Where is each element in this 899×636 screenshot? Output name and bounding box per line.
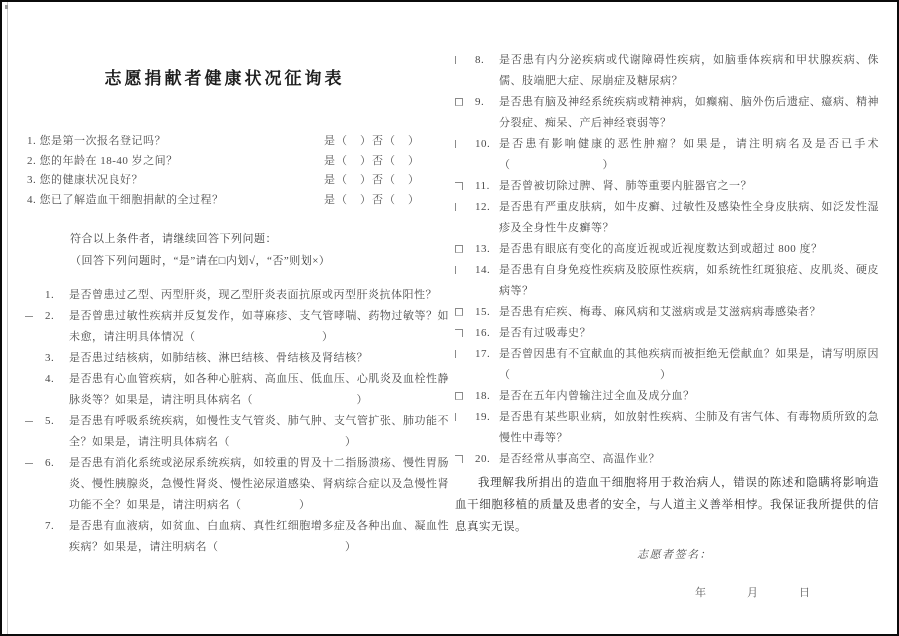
question-text: 是否患有血液病，如贫血、白血病、真性红细胞增多症及各种出血、凝血性疾病？如果是，… — [69, 516, 449, 558]
instruction-line: （回答下列问题时，“是”请在□内划√，“否”则划×） — [70, 250, 450, 272]
date-line: 年 月 日 — [695, 584, 879, 600]
question-number: 7. — [45, 516, 69, 558]
question-number: 17. — [475, 344, 499, 386]
question-number: 1. — [45, 285, 69, 306]
pre-questions: 1. 您是第一次报名登记吗？ 是（ ）否（ ） 2. 您的年龄在 18-40 岁… — [27, 132, 427, 210]
question-text: 是否患有内分泌疾病或代谢障碍性疾病，如脑垂体疾病和甲状腺疾病、侏儒、肢端肥大症、… — [499, 50, 879, 92]
question-number: 3. — [45, 348, 69, 369]
question-item: 11. 是否曾被切除过脾、肾、肺等重要内脏器官之一？ — [455, 176, 879, 197]
checkbox-mark — [455, 392, 463, 400]
checkbox-mark — [455, 56, 463, 64]
question-item: 6. 是否患有消化系统或泌尿系统疾病，如较重的胃及十二指肠溃疡、慢性胃肠炎、慢性… — [25, 453, 449, 516]
question-number: 18. — [475, 386, 499, 407]
checkbox-mark — [25, 417, 33, 422]
question-text: 是否患有呼吸系统疾病，如慢性支气管炎、肺气肿、支气管扩张、肺功能不全？如果是，请… — [69, 411, 449, 453]
checkbox-mark — [25, 312, 33, 317]
pre-question-text: 4. 您已了解造血干细胞捐献的全过程？ — [27, 194, 224, 206]
question-item: 10. 是否患有影响健康的恶性肿瘤？如果是，请注明病名及是否已手术（ ） — [455, 134, 879, 176]
question-text: 是否患有消化系统或泌尿系统疾病，如较重的胃及十二指肠溃疡、慢性胃肠炎、慢性胰腺炎… — [69, 453, 449, 516]
instructions: 符合以上条件者，请继续回答下列问题： （回答下列问题时，“是”请在□内划√，“否… — [70, 228, 450, 272]
question-text: 是否患有疟疾、梅毒、麻风病和艾滋病或是艾滋病病毒感染者？ — [499, 302, 879, 323]
checkbox-mark — [455, 308, 463, 316]
question-item: 16. 是否有过吸毒史？ — [455, 323, 879, 344]
question-number: 10. — [475, 134, 499, 176]
checkbox-mark — [25, 291, 33, 299]
checkbox-mark — [455, 140, 463, 148]
checkbox-mark — [25, 459, 33, 464]
question-number: 4. — [45, 369, 69, 411]
checkbox-mark — [455, 413, 463, 421]
question-item: 3. 是否患过结核病，如肺结核、淋巴结核、骨结核及肾结核？ — [25, 348, 449, 369]
question-number: 20. — [475, 449, 499, 470]
question-number: 8. — [475, 50, 499, 92]
question-number: 12. — [475, 197, 499, 239]
checkbox-mark — [455, 350, 463, 358]
checkbox-mark — [455, 98, 463, 106]
question-item: 8. 是否患有内分泌疾病或代谢障碍性疾病，如脑垂体疾病和甲状腺疾病、侏儒、肢端肥… — [455, 50, 879, 92]
question-text: 是否曾患过敏性疾病并反复发作，如荨麻疹、支气管哮喘、药物过敏等？如未愈，请注明具… — [69, 306, 449, 348]
question-number: 13. — [475, 239, 499, 260]
question-number: 14. — [475, 260, 499, 302]
question-item: 17. 是否曾因患有不宜献血的其他疾病而被拒绝无偿献血？如果是，请写明原因（ ） — [455, 344, 879, 386]
question-number: 19. — [475, 407, 499, 449]
question-item: 1. 是否曾患过乙型、丙型肝炎，现乙型肝炎表面抗原或丙型肝炎抗体阳性？ — [25, 285, 449, 306]
pre-question-row: 3. 您的健康状况良好？ 是（ ）否（ ） — [27, 171, 427, 191]
question-text: 是否曾因患有不宜献血的其他疾病而被拒绝无偿献血？如果是，请写明原因（ ） — [499, 344, 879, 386]
question-number: 2. — [45, 306, 69, 348]
question-list-left: 1. 是否曾患过乙型、丙型肝炎，现乙型肝炎表面抗原或丙型肝炎抗体阳性？ 2. 是… — [25, 285, 449, 558]
pre-question-row: 4. 您已了解造血干细胞捐献的全过程？ 是（ ）否（ ） — [27, 191, 427, 211]
checkbox-mark — [25, 354, 33, 362]
pre-question-row: 1. 您是第一次报名登记吗？ 是（ ）否（ ） — [27, 132, 427, 152]
question-item: 4. 是否患有心血管疾病，如各种心脏病、高血压、低血压、心肌炎及血栓性静脉炎等？… — [25, 369, 449, 411]
checkbox-mark — [455, 329, 463, 337]
question-text: 是否有过吸毒史？ — [499, 323, 879, 344]
question-number: 15. — [475, 302, 499, 323]
question-number: 16. — [475, 323, 499, 344]
question-item: 14. 是否患有自身免疫性疾病及胶原性疾病，如系统性红斑狼疮、皮肌炎、硬皮病等？ — [455, 260, 879, 302]
question-text: 是否曾患过乙型、丙型肝炎，现乙型肝炎表面抗原或丙型肝炎抗体阳性？ — [69, 285, 449, 306]
scan-edge-line — [7, 2, 8, 634]
scan-artifact — [5, 5, 8, 9]
yes-no-blanks: 是（ ）否（ ） — [324, 152, 420, 172]
checkbox-mark — [455, 245, 463, 253]
pre-question-text: 1. 您是第一次报名登记吗？ — [27, 135, 166, 147]
instruction-line: 符合以上条件者，请继续回答下列问题： — [70, 228, 450, 250]
question-item: 12. 是否患有严重皮肤病，如牛皮癣、过敏性及感染性全身皮肤病、如泛发性湿疹及全… — [455, 197, 879, 239]
question-number: 11. — [475, 176, 499, 197]
signature-label: 志愿者签名： — [637, 546, 879, 562]
question-text: 是否在五年内曾输注过全血及成分血？ — [499, 386, 879, 407]
checkbox-mark — [455, 455, 463, 463]
question-text: 是否患过结核病，如肺结核、淋巴结核、骨结核及肾结核？ — [69, 348, 449, 369]
question-text: 是否经常从事高空、高温作业？ — [499, 449, 879, 470]
question-text: 是否患有严重皮肤病，如牛皮癣、过敏性及感染性全身皮肤病、如泛发性湿疹及全身性牛皮… — [499, 197, 879, 239]
question-number: 9. — [475, 92, 499, 134]
yes-no-blanks: 是（ ）否（ ） — [324, 191, 420, 211]
question-number: 6. — [45, 453, 69, 516]
checkbox-mark — [455, 266, 463, 274]
question-item: 19. 是否患有某些职业病，如放射性疾病、尘肺及有害气体、有毒物质所致的急慢性中… — [455, 407, 879, 449]
question-item: 2. 是否曾患过敏性疾病并反复发作，如荨麻疹、支气管哮喘、药物过敏等？如未愈，请… — [25, 306, 449, 348]
pre-question-text: 3. 您的健康状况良好？ — [27, 174, 143, 186]
pre-question-text: 2. 您的年龄在 18-40 岁之间？ — [27, 155, 178, 167]
pre-question-row: 2. 您的年龄在 18-40 岁之间？ 是（ ）否（ ） — [27, 152, 427, 172]
question-item: 20. 是否经常从事高空、高温作业？ — [455, 449, 879, 470]
yes-no-blanks: 是（ ）否（ ） — [324, 171, 420, 191]
question-text: 是否患有自身免疫性疾病及胶原性疾病，如系统性红斑狼疮、皮肌炎、硬皮病等？ — [499, 260, 879, 302]
scanned-form-page: 志愿捐献者健康状况征询表 1. 您是第一次报名登记吗？ 是（ ）否（ ） 2. … — [0, 0, 899, 636]
question-text: 是否患有心血管疾病，如各种心脏病、高血压、低血压、心肌炎及血栓性静脉炎等？如果是… — [69, 369, 449, 411]
question-text: 是否患有眼底有变化的高度近视或近视度数达到或超过 800 度？ — [499, 239, 879, 260]
question-item: 9. 是否患有脑及神经系统疾病或精神病，如癫痫、脑外伤后遗症、癔病、精神分裂症、… — [455, 92, 879, 134]
question-item: 13. 是否患有眼底有变化的高度近视或近视度数达到或超过 800 度？ — [455, 239, 879, 260]
yes-no-blanks: 是（ ）否（ ） — [324, 132, 420, 152]
checkbox-mark — [25, 375, 33, 383]
question-text: 是否患有某些职业病，如放射性疾病、尘肺及有害气体、有毒物质所致的急慢性中毒等？ — [499, 407, 879, 449]
checkbox-mark — [25, 522, 33, 530]
page-title: 志愿捐献者健康状况征询表 — [27, 64, 422, 89]
question-text: 是否患有脑及神经系统疾病或精神病，如癫痫、脑外伤后遗症、癔病、精神分裂症、痴呆、… — [499, 92, 879, 134]
question-text: 是否患有影响健康的恶性肿瘤？如果是，请注明病名及是否已手术（ ） — [499, 134, 879, 176]
question-item: 5. 是否患有呼吸系统疾病，如慢性支气管炎、肺气肿、支气管扩张、肺功能不全？如果… — [25, 411, 449, 453]
question-item: 15. 是否患有疟疾、梅毒、麻风病和艾滋病或是艾滋病病毒感染者？ — [455, 302, 879, 323]
question-number: 5. — [45, 411, 69, 453]
checkbox-mark — [455, 182, 463, 190]
question-item: 18. 是否在五年内曾输注过全血及成分血？ — [455, 386, 879, 407]
declaration-paragraph: 我理解我所捐出的造血干细胞将用于救治病人，错误的陈述和隐瞒将影响造血干细胞移植的… — [455, 472, 879, 538]
question-text: 是否曾被切除过脾、肾、肺等重要内脏器官之一？ — [499, 176, 879, 197]
checkbox-mark — [455, 203, 463, 211]
question-list-right: 8. 是否患有内分泌疾病或代谢障碍性疾病，如脑垂体疾病和甲状腺疾病、侏儒、肢端肥… — [455, 50, 879, 600]
question-item: 7. 是否患有血液病，如贫血、白血病、真性红细胞增多症及各种出血、凝血性疾病？如… — [25, 516, 449, 558]
